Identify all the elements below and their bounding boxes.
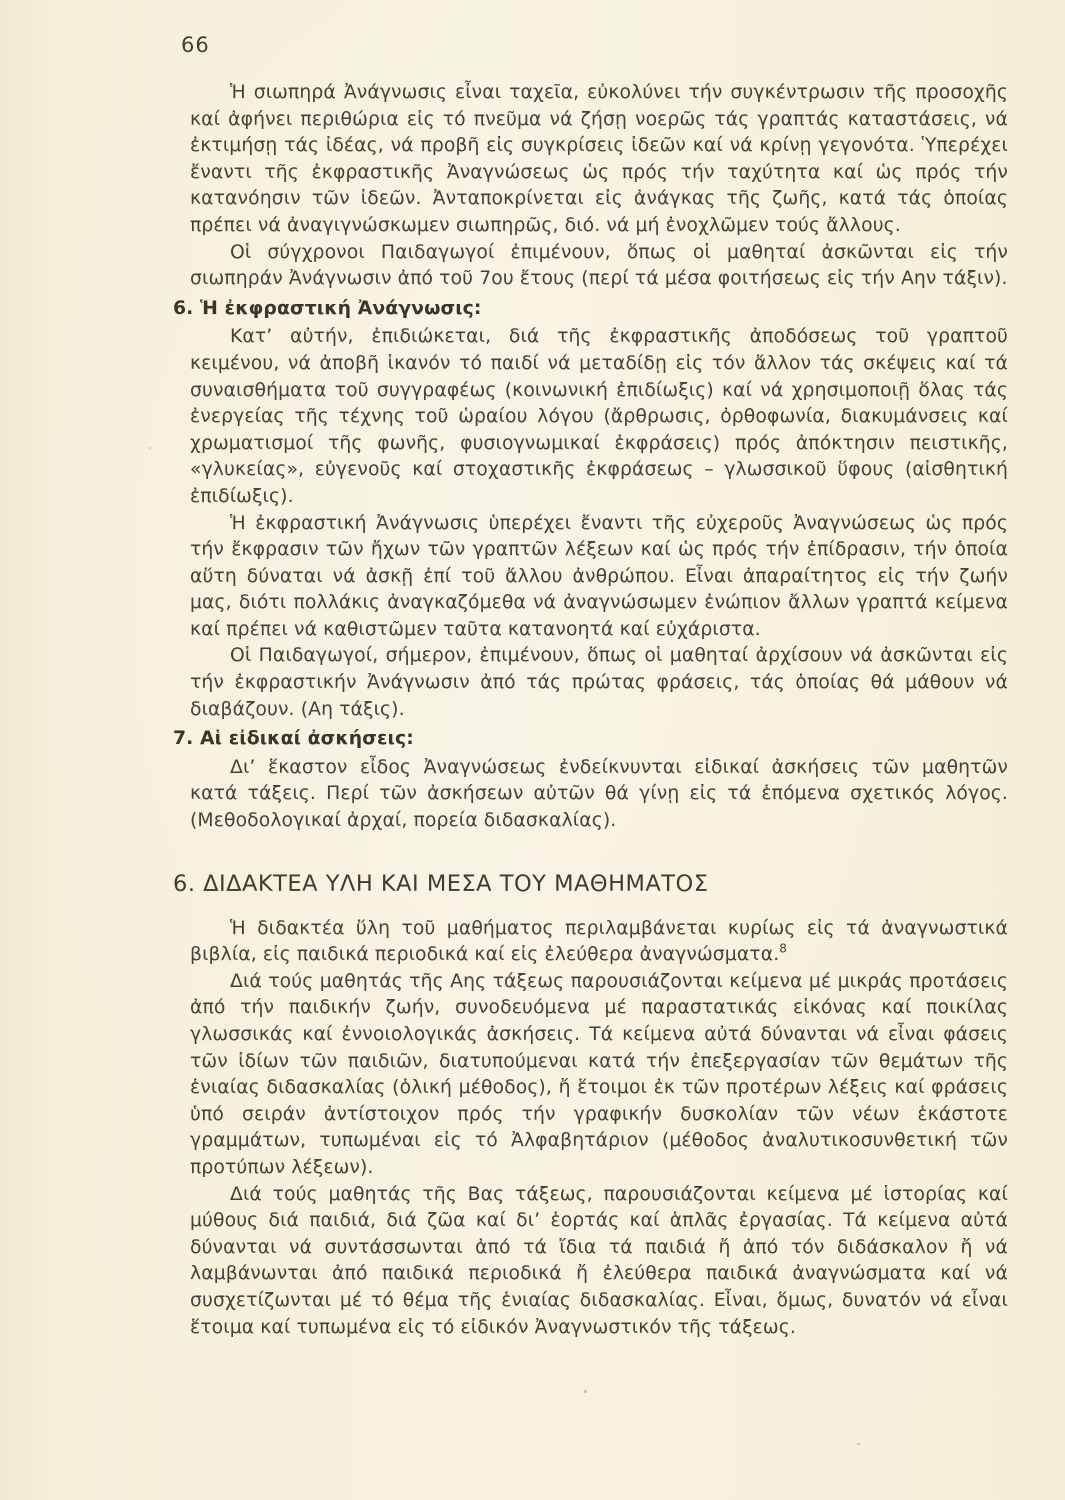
- footnote-marker: 8: [779, 942, 787, 956]
- paragraph-special-exercises: Δι’ ἕκαστον εἶδος Ἀναγνώσεως ἐνδείκνυντα…: [190, 755, 1008, 835]
- page-number: 66: [181, 33, 210, 57]
- subheading-expressive-reading: 6. Ἡ ἐκφραστική Ἀνάγνωσις:: [173, 296, 1008, 323]
- paragraph-expressive-aims: Κατ’ αὐτήν, ἐπιδιώκεται, διά τῆς ἐκφραστ…: [190, 324, 1008, 510]
- scan-speck: [584, 1390, 587, 1393]
- section-heading-teaching-material: 6. ΔΙΔΑΚΤΕΑ ΥΛΗ ΚΑΙ ΜΕΣΑ ΤΟΥ ΜΑΘΗΜΑΤΟΣ: [173, 869, 1008, 899]
- text-column: Ἡ σιωπηρά Ἀνάγνωσις εἶναι ταχεῖα, εὐκολύ…: [190, 80, 1008, 1341]
- paragraph-silent-reading: Ἡ σιωπηρά Ἀνάγνωσις εἶναι ταχεῖα, εὐκολύ…: [190, 80, 1008, 240]
- paragraph-second-grade-texts: Διά τούς μαθητάς τῆς Βας τάξεως, παρουσι…: [190, 1182, 1008, 1342]
- paragraph-text: Ἡ διδακτέα ὕλη τοῦ μαθήματος περιλαμβάνε…: [190, 918, 1008, 966]
- scan-speck: [148, 447, 151, 449]
- paragraph-expressive-superiority: Ἡ ἐκφραστική Ἀνάγνωσις ὑπερέχει ἔναντι τ…: [190, 511, 1008, 644]
- paragraph-teaching-material-sources: Ἡ διδακτέα ὕλη τοῦ μαθήματος περιλαμβάνε…: [190, 916, 1008, 969]
- paragraph-pedagogues-expressive-training: Οἱ Παιδαγωγοί, σήμερον, ἐπιμένουν, ὅπως …: [190, 643, 1008, 723]
- paragraph-first-grade-texts: Διά τούς μαθητάς τῆς Αης τάξεως παρουσιά…: [190, 969, 1008, 1182]
- scan-speck: [857, 1443, 860, 1445]
- scanned-book-page: 66 Ἡ σιωπηρά Ἀνάγνωσις εἶναι ταχεῖα, εὐκ…: [0, 0, 1065, 1500]
- subheading-special-exercises: 7. Αἱ εἰδικαί ἀσκήσεις:: [173, 726, 1008, 753]
- paragraph-modern-pedagogues-silent: Οἱ σύγχρονοι Παιδαγωγοί ἐπιμένουν, ὅπως …: [190, 240, 1008, 293]
